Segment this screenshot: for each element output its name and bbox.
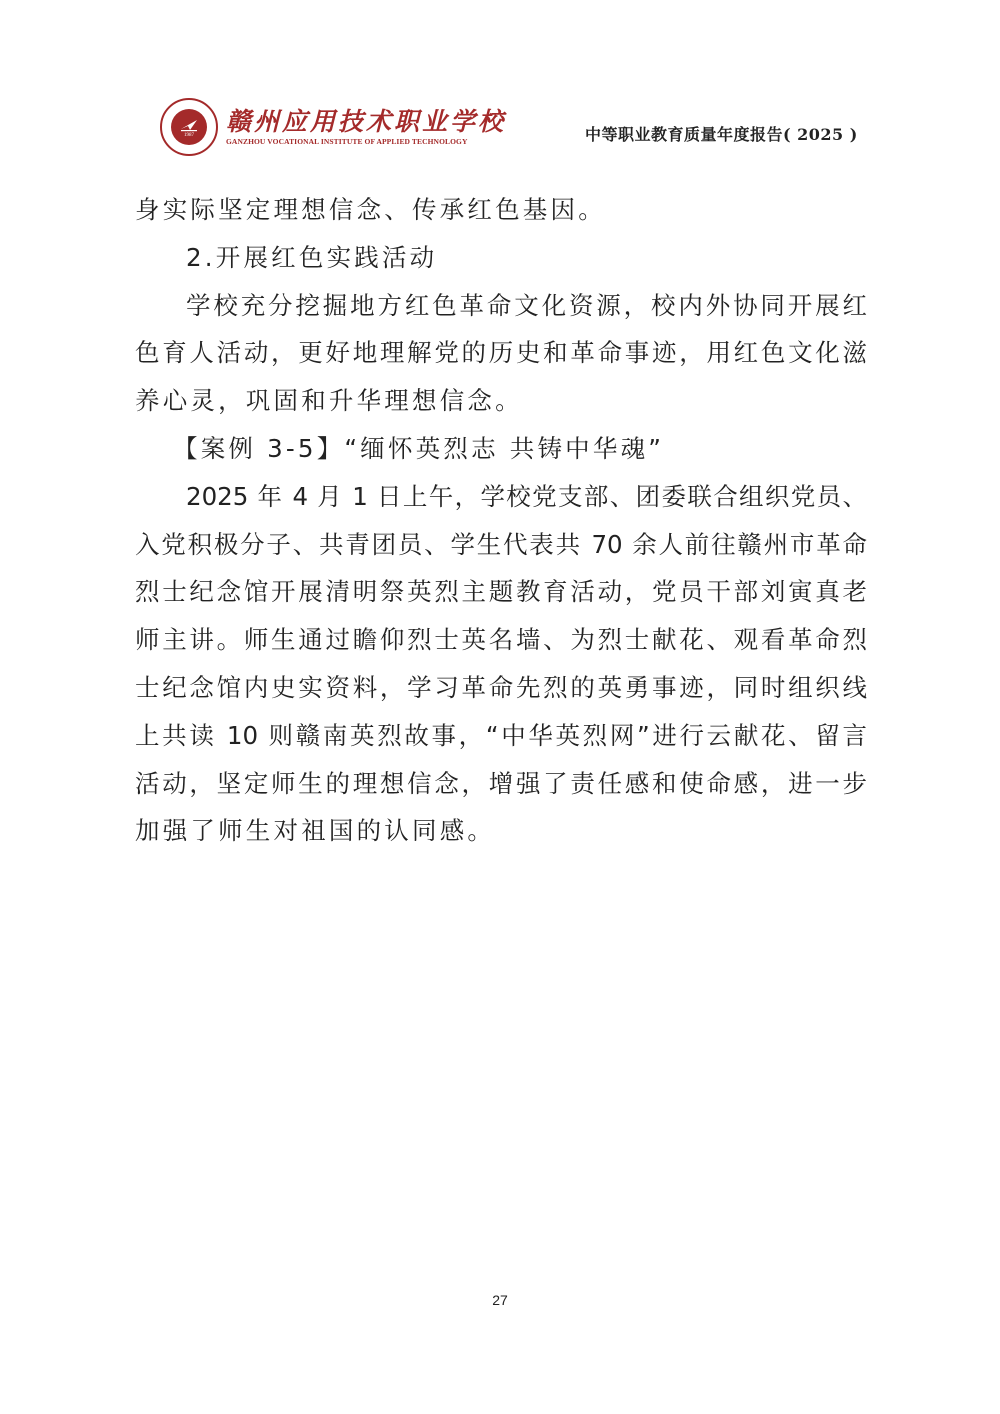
paragraph-line: 养心灵，巩固和升华理想信念。 — [135, 377, 867, 425]
document-body: 身实际坚定理想信念、传承红色基因。 2.开展红色实践活动 学校充分挖掘地方红色革… — [135, 186, 867, 855]
case-title: 【案例 3-5】“缅怀英烈志 共铸中华魂” — [135, 425, 867, 473]
school-name-en: GANZHOU VOCATIONAL INSTITUTE OF APPLIED … — [226, 137, 506, 147]
paragraph-line: 烈士纪念馆开展清明祭英烈主题教育活动，党员干部刘寅真老 — [135, 568, 867, 616]
paragraph-line: 色育人活动，更好地理解党的历史和革命事迹，用红色文化滋 — [135, 329, 867, 377]
paragraph-line: 2025 年 4 月 1 日上午，学校党支部、团委联合组织党员、 — [135, 473, 867, 521]
school-name-cn: 赣州应用技术职业学校 — [226, 107, 506, 137]
school-logo: 1987 赣州应用技术职业学校 GANZHOU VOCATIONAL INSTI… — [160, 98, 506, 156]
emblem-year: 1987 — [180, 133, 198, 138]
paragraph-line: 活动，坚定师生的理想信念，增强了责任感和使命感，进一步 — [135, 760, 867, 808]
airplane-icon — [180, 118, 198, 132]
page-number: 27 — [0, 1292, 1000, 1308]
paragraph-line: 上共读 10 则赣南英烈故事，“中华英烈网”进行云献花、留言 — [135, 712, 867, 760]
page-header: 1987 赣州应用技术职业学校 GANZHOU VOCATIONAL INSTI… — [160, 98, 860, 158]
report-title: 中等职业教育质量年度报告( 2025 ) — [585, 122, 858, 145]
paragraph-line: 加强了师生对祖国的认同感。 — [135, 807, 867, 855]
document-page: 1987 赣州应用技术职业学校 GANZHOU VOCATIONAL INSTI… — [0, 0, 1000, 1414]
paragraph-line: 学校充分挖掘地方红色革命文化资源，校内外协同开展红 — [135, 282, 867, 330]
logo-text: 赣州应用技术职业学校 GANZHOU VOCATIONAL INSTITUTE … — [226, 107, 506, 147]
paragraph-line: 士纪念馆内史实资料，学习革命先烈的英勇事迹，同时组织线 — [135, 664, 867, 712]
paragraph-line: 身实际坚定理想信念、传承红色基因。 — [135, 186, 867, 234]
school-emblem-icon: 1987 — [160, 98, 218, 156]
paragraph-line: 入党积极分子、共青团员、学生代表共 70 余人前往赣州市革命 — [135, 521, 867, 569]
paragraph-line: 师主讲。师生通过瞻仰烈士英名墙、为烈士献花、观看革命烈 — [135, 616, 867, 664]
emblem-center: 1987 — [171, 109, 207, 145]
section-heading: 2.开展红色实践活动 — [135, 234, 867, 282]
